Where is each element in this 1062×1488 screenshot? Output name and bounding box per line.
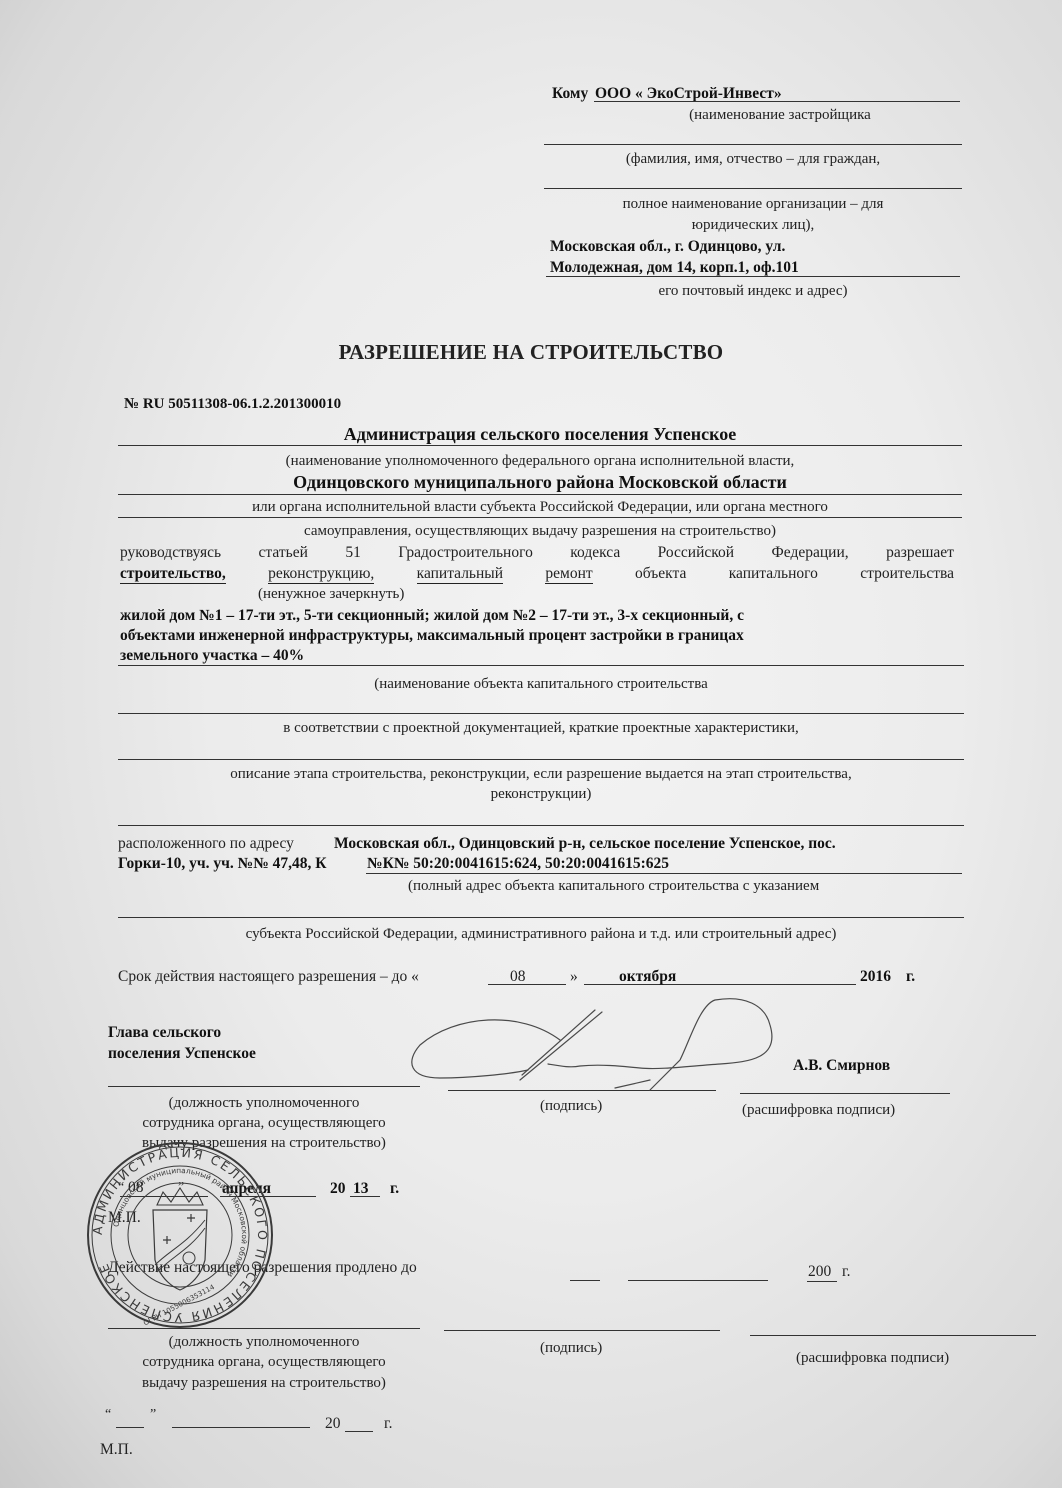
object-line-2: объектами инженерной инфраструктуры, мак… [120,626,744,645]
object-line-1: жилой дом №1 – 17-ти эт., 5-ти секционны… [120,606,744,625]
validity-close-quote: » [570,967,578,986]
intro-word: кодекса [570,543,620,562]
signatory-name: А.В. Смирнов [793,1056,890,1075]
location-prefix: расположенного по адресу [118,834,294,853]
authority-name-1: Администрация сельского поселения Успенс… [118,423,962,445]
intro-word: статьей [259,543,308,562]
work-type-other-3: ремонт [545,564,592,584]
position-line [108,1086,420,1087]
recipient-label: Кому [552,84,588,103]
location-address-2a: Горки-10, уч. уч. №№ 47,48, К [118,854,327,873]
extension-decoding-line [750,1335,1036,1336]
recipient-line-2 [544,144,962,145]
signature-line [448,1090,716,1091]
validity-label: Срок действия настоящего разрешения – до… [118,967,419,986]
object-word-2: капитального [729,564,818,584]
location-address-1: Московская обл., Одинцовский р-н, сельск… [334,834,836,853]
extension-signature-line [444,1330,720,1331]
caption-signature: (подпись) [540,1097,602,1116]
extension-date-day-line [116,1427,144,1428]
intro-word: Российской [658,543,734,562]
extension-caption-decoding: (расшифровка подписи) [796,1349,949,1368]
extension-seal-label: М.П. [100,1440,133,1459]
extension-date-month-line [172,1427,310,1428]
validity-day: 08 [510,967,526,986]
intro-word: Федерации, [772,543,849,562]
stage-line [118,759,964,760]
validity-year-suffix: г. [906,967,915,986]
strike-note: (ненужное зачеркнуть) [258,585,404,604]
extension-month-line [628,1280,768,1281]
permission-intro: руководствуясьстатьей51Градостроительног… [120,543,954,562]
authority-line-1 [118,445,962,446]
intro-word: Градостроительного [398,543,533,562]
validity-month: октября [619,967,676,986]
extension-year-line [807,1281,837,1282]
permission-work-types: строительство, реконструкцию, капитальны… [120,564,954,584]
document-number: № RU 50511308-06.1.2.201300010 [124,395,341,414]
recipient-caption-5: его почтовый индекс и адрес) [546,282,960,301]
object-word-1: объекта [635,564,686,584]
authority-line-2 [118,494,962,495]
project-line [118,713,964,714]
location-caption-1: (полный адрес объекта капитального строи… [408,877,819,896]
extension-day-line [570,1280,600,1281]
caption-position-2: сотрудника органа, осуществляющего [108,1114,420,1133]
extension-date-close-quote: ” [150,1405,156,1424]
extension-date-open-quote: “ [105,1405,111,1424]
validity-day-line [488,984,566,985]
recipient-address-2: Молодежная, дом 14, корп.1, оф.101 [550,258,799,277]
document-title: РАЗРЕШЕНИЕ НА СТРОИТЕЛЬСТВО [0,343,1062,362]
decoding-line [740,1093,950,1094]
object-line-underline [118,665,964,666]
recipient-underline [594,101,960,102]
recipient-caption-3: полное наименование организации – для [544,195,962,214]
object-word-3: строительства [860,564,954,584]
authority-line-3 [118,517,962,518]
extension-date-suffix: г. [384,1414,392,1433]
extension-year-suffix: г. [842,1262,850,1281]
caption-decoding: (расшифровка подписи) [742,1101,895,1120]
issue-year: 13 [353,1179,369,1198]
location-caption-2: субъекта Российской Федерации, администр… [118,925,964,944]
work-type-other-2: капитальный [417,564,503,584]
recipient-address-underline [546,276,960,277]
authority-caption-2: или органа исполнительной власти субъект… [118,498,962,517]
stage-caption-2: реконструкции) [118,785,964,804]
recipient-caption-1: (наименование застройщика [600,106,960,125]
authority-caption-3: самоуправления, осуществляющих выдачу ра… [118,522,962,541]
project-caption: в соответствии с проектной документацией… [118,719,964,738]
official-stamp: АДМИНИСТРАЦИЯ СЕЛЬСКОГО ПОСЕЛЕНИЯ УСПЕНС… [85,1140,275,1330]
location-address-2b: №К№ 50:20:0041615:624, 50:20:0041615:625 [367,854,669,873]
extension-date-year-line [345,1431,373,1432]
authority-name-2: Одинцовского муниципального района Моско… [118,471,962,493]
stage-line-2 [118,825,964,826]
location-underline [366,873,962,874]
object-line-3: земельного участка – 40% [120,646,304,665]
caption-position-1: (должность уполномоченного [108,1094,420,1113]
object-caption: (наименование объекта капитального строи… [118,675,964,694]
recipient-caption-4: юридических лиц), [544,216,962,235]
extension-caption-position-3: выдачу разрешения на строительство) [108,1374,420,1393]
intro-word: 51 [345,543,361,562]
intro-word: разрешает [886,543,954,562]
issue-century: 20 [330,1179,346,1198]
authority-caption-1: (наименование уполномоченного федерально… [118,452,962,471]
recipient-caption-2: (фамилия, имя, отчество – для граждан, [544,150,962,169]
issue-year-suffix: г. [390,1179,399,1198]
validity-year: 2016 [860,967,891,986]
extension-caption-position-1: (должность уполномоченного [108,1333,420,1352]
work-type-other-1: реконструкцию, [268,564,374,584]
location-line-2 [118,917,964,918]
signatory-position-1: Глава сельского [108,1023,221,1042]
extension-caption-position-2: сотрудника органа, осуществляющего [108,1353,420,1372]
work-type-selected: строительство, [120,564,226,584]
intro-word: руководствуясь [120,543,221,562]
extension-year: 200 [808,1262,831,1281]
recipient-address-1: Московская обл., г. Одинцово, ул. [550,237,785,256]
extension-caption-signature: (подпись) [540,1339,602,1358]
recipient-line-3 [544,188,962,189]
stage-caption-1: описание этапа строительства, реконструк… [118,765,964,784]
signatory-position-2: поселения Успенское [108,1044,256,1063]
extension-date-century: 20 [325,1414,341,1433]
